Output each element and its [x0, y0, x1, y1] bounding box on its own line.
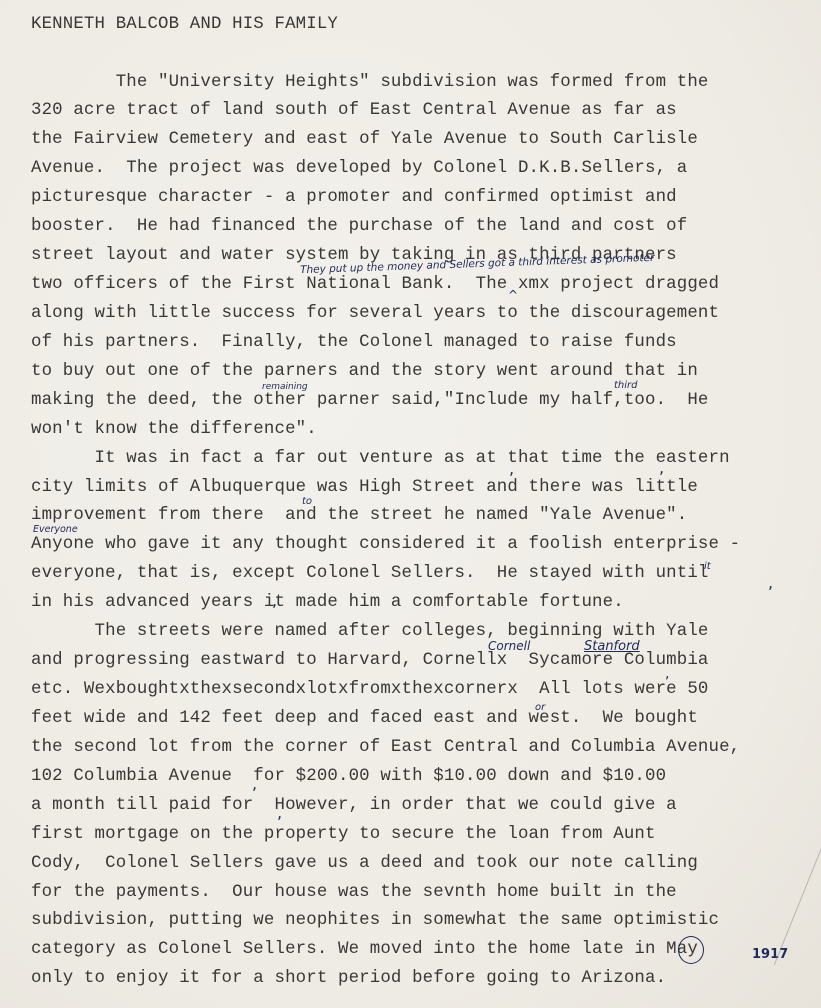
annotation-stanford: Stanford [584, 640, 640, 653]
document-line: improvement from there and the street he… [31, 502, 687, 531]
document-line: 320 acre tract of land south of East Cen… [31, 97, 677, 126]
document-line: Anyone who gave it any thought considere… [31, 531, 740, 560]
document-line: making the deed, the other parner said,"… [31, 387, 709, 416]
document-line: a month till paid for However, in order … [31, 792, 677, 821]
document-line: category as Colonel Sellers. We moved in… [31, 936, 698, 965]
document-line: city limits of Albuquerque was High Stre… [31, 474, 698, 503]
pencil-mark [774, 835, 821, 965]
document-line: only to enjoy it for a short period befo… [31, 965, 666, 994]
document-line: It was in fact a far out venture as at t… [31, 445, 730, 474]
comma-mark-3: , [768, 575, 773, 591]
annotation-it: it [704, 562, 711, 572]
annotation-to: to [302, 497, 312, 507]
document-line: won't know the difference". [31, 416, 317, 445]
annotation-or: or [535, 703, 545, 713]
circled-word [678, 936, 704, 964]
document-line: first mortgage on the property to secure… [31, 821, 656, 850]
document-line: two officers of the First National Bank.… [31, 271, 719, 300]
document-line: etc. Wexboughtxthexsecondxlotxfromxthexc… [31, 676, 709, 705]
document-line: Cody, Colonel Sellers gave us a deed and… [31, 850, 698, 879]
document-title: KENNETH BALCOB AND HIS FAMILY [31, 11, 338, 40]
annotation-cornell: Cornell [488, 640, 530, 652]
document-line: the second lot from the corner of East C… [31, 734, 740, 763]
annotation-everyone: Everyone [33, 525, 78, 535]
document-line: subdivision, putting we neophites in som… [31, 907, 719, 936]
document-page: KENNETH BALCOB AND HIS FAMILY The "Unive… [0, 0, 821, 1008]
document-line: feet wide and 142 feet deep and faced ea… [31, 705, 698, 734]
document-line: 102 Columbia Avenue for $200.00 with $10… [31, 763, 666, 792]
document-line: The "University Heights" subdivision was… [31, 69, 709, 98]
annotation-date: 1917 [752, 948, 788, 961]
document-line: of his partners. Finally, the Colonel ma… [31, 329, 677, 358]
document-line: to buy out one of the parners and the st… [31, 358, 698, 387]
document-line: for the payments. Our house was the sevn… [31, 879, 677, 908]
comma-mark-6: , [252, 776, 257, 792]
annotation-remaining: remaining [262, 383, 308, 392]
caret-mark: ^ [508, 289, 518, 301]
document-line: booster. He had financed the purchase of… [31, 213, 687, 242]
document-line: in his advanced years it made him a comf… [31, 589, 624, 618]
document-line: the Fairview Cemetery and east of Yale A… [31, 126, 698, 155]
document-line: along with little success for several ye… [31, 300, 719, 329]
document-line: Avenue. The project was developed by Col… [31, 155, 687, 184]
comma-mark-1: , [509, 461, 514, 477]
comma-mark-7: , [277, 805, 282, 821]
annotation-third: third [614, 381, 638, 391]
document-line: everyone, that is, except Colonel Seller… [31, 560, 709, 589]
comma-mark-5: , [665, 667, 669, 681]
comma-mark-2: , [659, 460, 664, 476]
comma-mark-4: , [272, 593, 277, 609]
document-line: picturesque character - a promoter and c… [31, 184, 677, 213]
